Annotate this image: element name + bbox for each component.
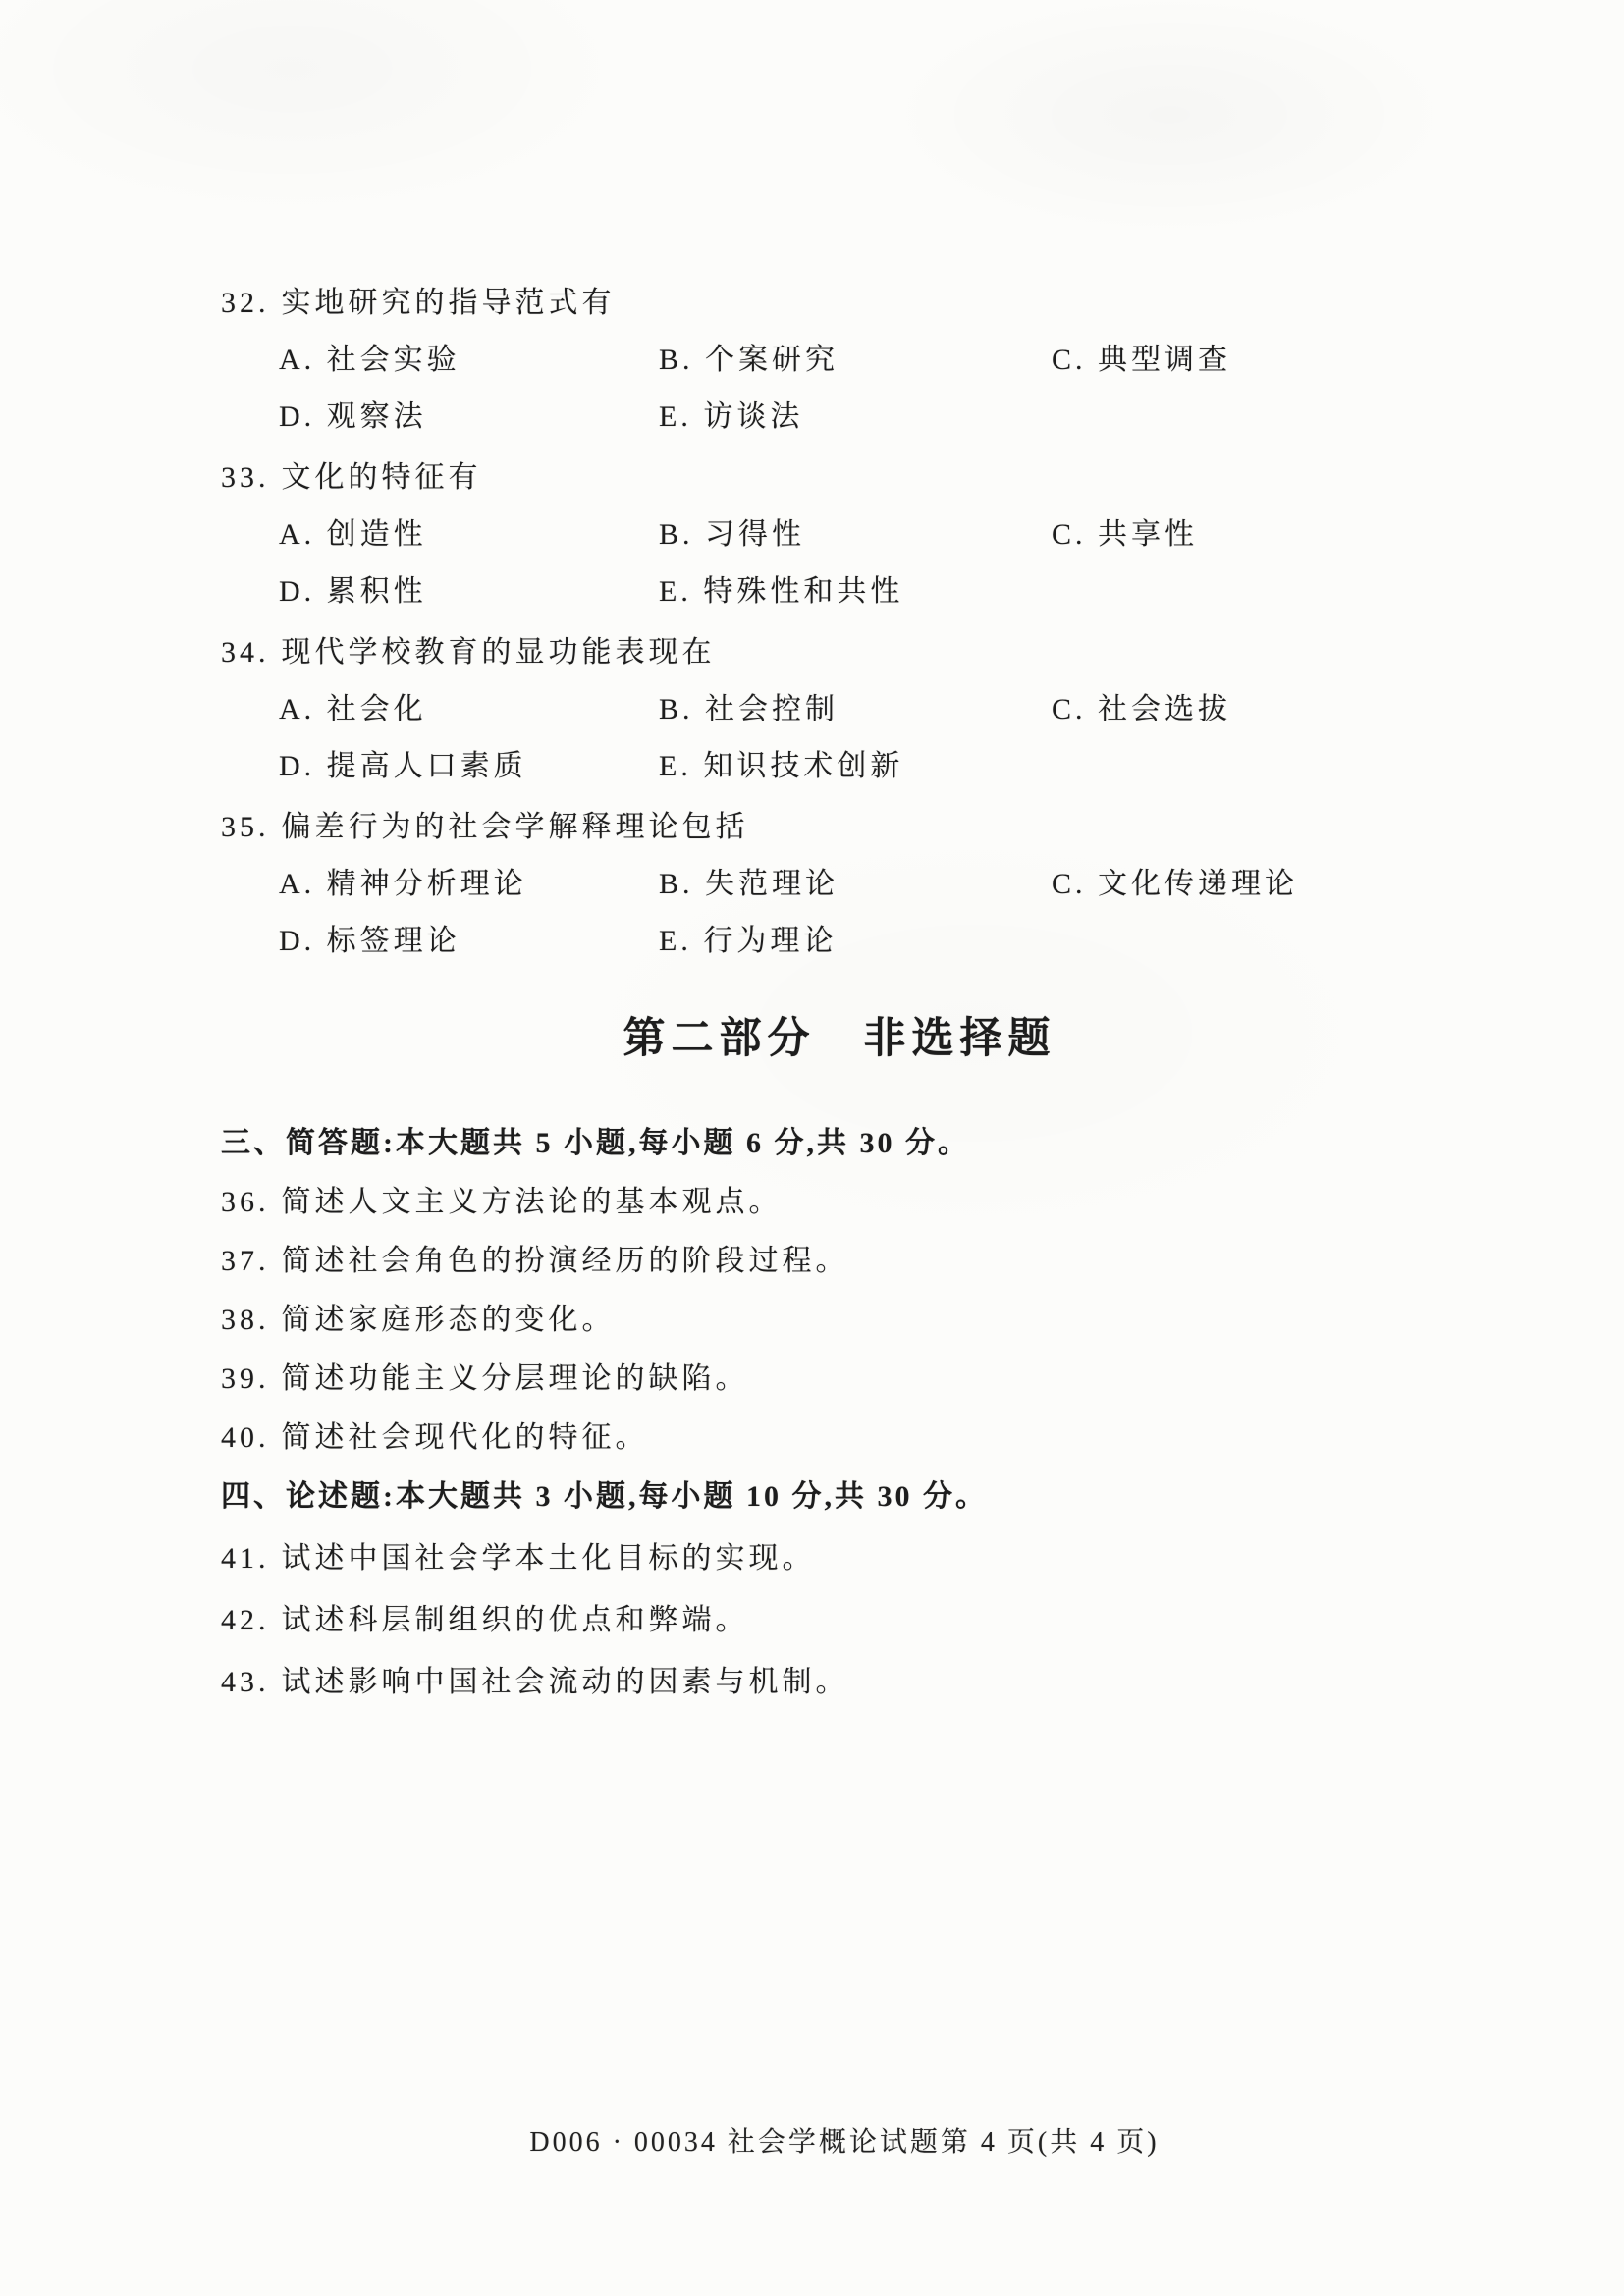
question-text: 简述功能主义分层理论的缺陷。: [282, 1362, 749, 1395]
question-number: 38.: [221, 1304, 270, 1336]
question-38: 38.简述家庭形态的变化。: [221, 1302, 1556, 1361]
question-text: 简述家庭形态的变化。: [282, 1304, 616, 1336]
question-41: 41.试述中国社会学本土化目标的实现。: [221, 1540, 1556, 1602]
question-text: 现代学校教育的显功能表现在: [282, 636, 716, 668]
question-43: 43.试述影响中国社会流动的因素与机制。: [221, 1664, 1556, 1726]
question-text: 简述社会现代化的特征。: [282, 1421, 649, 1454]
question-42: 42.试述科层制组织的优点和弊端。: [221, 1602, 1556, 1664]
option-a: A. 社会化: [279, 691, 427, 728]
question-text: 文化的特征有: [282, 461, 482, 494]
question-number: 32.: [221, 287, 270, 319]
option-row: A. 创造性 B. 习得性 C. 共享性: [221, 516, 1556, 573]
question-39: 39.简述功能主义分层理论的缺陷。: [221, 1361, 1556, 1419]
exam-page: 32.实地研究的指导范式有 A. 社会实验 B. 个案研究 C. 典型调查 D.…: [0, 0, 1624, 2296]
option-b: B. 社会控制: [659, 691, 839, 728]
option-row: D. 累积性 E. 特殊性和共性: [221, 573, 1556, 630]
question-text: 试述中国社会学本土化目标的实现。: [282, 1542, 816, 1575]
question-line: 35.偏差行为的社会学解释理论包括: [221, 809, 1556, 866]
question-text: 试述科层制组织的优点和弊端。: [282, 1604, 749, 1636]
question-text: 实地研究的指导范式有: [282, 287, 616, 319]
question-number: 43.: [221, 1666, 270, 1698]
option-row: A. 精神分析理论 B. 失范理论 C. 文化传递理论: [221, 866, 1556, 923]
part-two-heading: 第二部分 非选择题: [0, 1014, 1624, 1065]
option-e: E. 特殊性和共性: [659, 573, 903, 611]
subjective-section: 三、简答题:本大题共 5 小题,每小题 6 分,共 30 分。 36.简述人文主…: [221, 1125, 1556, 1726]
question-text: 简述人文主义方法论的基本观点。: [282, 1186, 783, 1218]
option-a: A. 社会实验: [279, 342, 460, 379]
question-text: 试述影响中国社会流动的因素与机制。: [282, 1666, 849, 1698]
option-row: D. 标签理论 E. 行为理论: [221, 923, 1556, 980]
option-c: C. 文化传递理论: [1052, 866, 1298, 903]
question-33: 33.文化的特征有 A. 创造性 B. 习得性 C. 共享性 D. 累积性 E.…: [221, 459, 1556, 630]
option-e: E. 访谈法: [659, 399, 803, 436]
question-37: 37.简述社会角色的扮演经历的阶段过程。: [221, 1243, 1556, 1302]
option-d: D. 标签理论: [279, 923, 460, 960]
question-number: 42.: [221, 1604, 270, 1636]
question-line: 32.实地研究的指导范式有: [221, 285, 1556, 342]
option-row: A. 社会实验 B. 个案研究 C. 典型调查: [221, 342, 1556, 399]
question-36: 36.简述人文主义方法论的基本观点。: [221, 1184, 1556, 1243]
question-number: 41.: [221, 1542, 270, 1575]
question-32: 32.实地研究的指导范式有 A. 社会实验 B. 个案研究 C. 典型调查 D.…: [221, 285, 1556, 455]
question-number: 36.: [221, 1186, 270, 1218]
option-d: D. 观察法: [279, 399, 427, 436]
question-number: 33.: [221, 461, 270, 494]
option-e: E. 知识技术创新: [659, 748, 903, 785]
option-c: C. 共享性: [1052, 516, 1198, 554]
option-d: D. 提高人口素质: [279, 748, 527, 785]
section-header-essay: 四、论述题:本大题共 3 小题,每小题 10 分,共 30 分。: [221, 1478, 1556, 1540]
option-b: B. 失范理论: [659, 866, 839, 903]
option-e: E. 行为理论: [659, 923, 837, 960]
option-row: A. 社会化 B. 社会控制 C. 社会选拔: [221, 691, 1556, 748]
option-d: D. 累积性: [279, 573, 427, 611]
question-line: 33.文化的特征有: [221, 459, 1556, 516]
question-text: 简述社会角色的扮演经历的阶段过程。: [282, 1245, 849, 1277]
option-c: C. 社会选拔: [1052, 691, 1231, 728]
question-number: 37.: [221, 1245, 270, 1277]
question-35: 35.偏差行为的社会学解释理论包括 A. 精神分析理论 B. 失范理论 C. 文…: [221, 809, 1556, 980]
option-c: C. 典型调查: [1052, 342, 1231, 379]
option-row: D. 提高人口素质 E. 知识技术创新: [221, 748, 1556, 805]
option-a: A. 创造性: [279, 516, 427, 554]
option-a: A. 精神分析理论: [279, 866, 527, 903]
option-b: B. 个案研究: [659, 342, 839, 379]
option-b: B. 习得性: [659, 516, 805, 554]
page-footer: D006 · 00034 社会学概论试题第 4 页(共 4 页): [0, 2120, 1624, 2160]
question-line: 34.现代学校教育的显功能表现在: [221, 634, 1556, 691]
question-text: 偏差行为的社会学解释理论包括: [282, 811, 749, 843]
question-number: 35.: [221, 811, 270, 843]
question-number: 40.: [221, 1421, 270, 1454]
option-row: D. 观察法 E. 访谈法: [221, 399, 1556, 455]
question-number: 34.: [221, 636, 270, 668]
question-40: 40.简述社会现代化的特征。: [221, 1419, 1556, 1478]
multiple-choice-section: 32.实地研究的指导范式有 A. 社会实验 B. 个案研究 C. 典型调查 D.…: [221, 285, 1556, 984]
section-header-short-answer: 三、简答题:本大题共 5 小题,每小题 6 分,共 30 分。: [221, 1125, 1556, 1184]
question-number: 39.: [221, 1362, 270, 1395]
question-34: 34.现代学校教育的显功能表现在 A. 社会化 B. 社会控制 C. 社会选拔 …: [221, 634, 1556, 805]
